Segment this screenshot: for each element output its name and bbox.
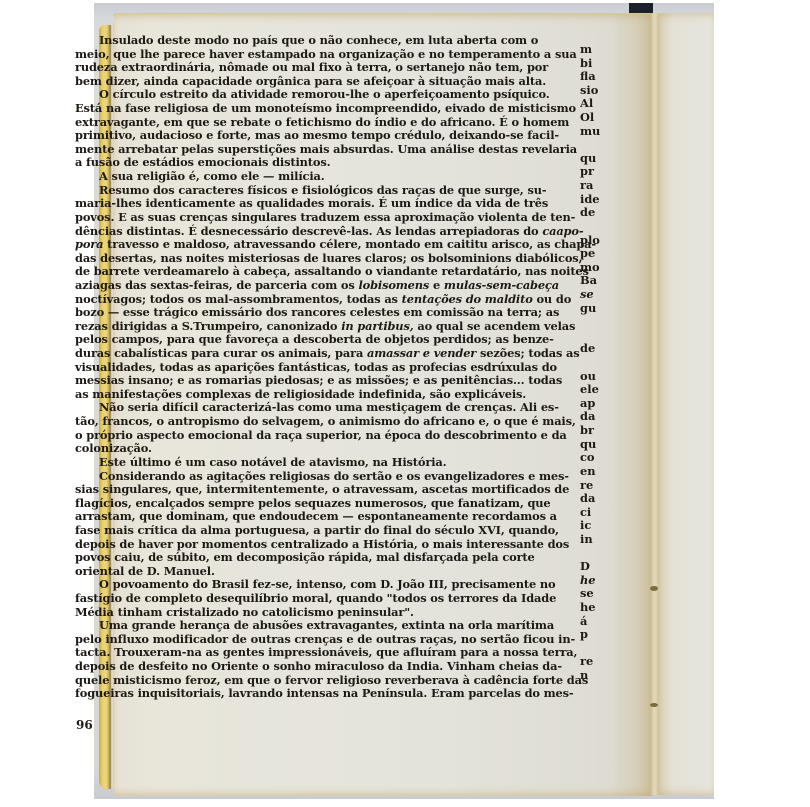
text-line: primitivo, audacioso e forte, mas ao mes… [75, 129, 531, 143]
page-number: 96 [76, 718, 93, 732]
text-line: Este último é um caso notável de atavism… [75, 456, 531, 470]
text-fragment: mo [580, 261, 620, 275]
text-line: depois de desfeito no Oriente o sonho mi… [75, 660, 531, 674]
text-line: povos. E as suas crenças singulares trad… [75, 211, 531, 225]
text-line: pelos campos, para que favoreça a descob… [75, 333, 531, 347]
text-fragment [580, 315, 620, 329]
text-line: rezas dirigidas a S.Trumpeiro, canonizad… [75, 320, 531, 334]
text-line: flagícios, encalçados sempre pelos sequa… [75, 497, 531, 511]
right-page-text-fragment: mbiflasioAlOlmu quprraidede plopemoBaseg… [580, 43, 620, 683]
text-line: tão, francos, o antropismo do selvagem, … [75, 415, 531, 429]
text-line: Uma grande herança de abusões extravagan… [75, 619, 531, 633]
text-fragment: Ba [580, 274, 620, 288]
text-line: dências distintas. É desnecessário descr… [75, 225, 531, 239]
text-line: fase mais crítica da alma portuguesa, a … [75, 524, 531, 538]
text-line: fogueiras inquisitoriais, lavrando inten… [75, 687, 531, 701]
text-fragment: sio [580, 84, 620, 98]
text-fragment: á [580, 615, 620, 629]
text-fragment: ap [580, 397, 620, 411]
paper-stain [650, 703, 658, 707]
text-fragment: ou [580, 370, 620, 384]
text-fragment [580, 138, 620, 152]
text-line: o próprio aspecto emocional da raça supe… [75, 429, 531, 443]
text-line: tacta. Trouxeram-na as gentes impression… [75, 646, 531, 660]
text-fragment: ci [580, 506, 620, 520]
text-fragment: n [580, 669, 620, 683]
text-fragment: ic [580, 519, 620, 533]
text-fragment: gu [580, 302, 620, 316]
text-fragment: se [580, 288, 620, 302]
text-fragment: ele [580, 383, 620, 397]
text-line: mente arrebatar pelas superstições mais … [75, 143, 531, 157]
text-fragment: de [580, 206, 620, 220]
text-line: bem dizer, ainda capacidade orgânica par… [75, 75, 531, 89]
text-line: pelo influxo modificador de outras crenç… [75, 633, 531, 647]
text-line: A sua religião é, como ele — milícia. [75, 170, 531, 184]
text-line: de barrete verdeamarelo à cabeça, assalt… [75, 265, 531, 279]
text-fragment: da [580, 410, 620, 424]
text-fragment: p [580, 628, 620, 642]
text-fragment: bi [580, 57, 620, 71]
text-line: rudeza extraordinária, nômade ou mal fix… [75, 61, 531, 75]
text-fragment [580, 329, 620, 343]
text-fragment: de [580, 342, 620, 356]
text-fragment: qu [580, 152, 620, 166]
text-fragment [580, 642, 620, 656]
text-line: Considerando as agitações religiosas do … [75, 470, 531, 484]
text-fragment: pr [580, 165, 620, 179]
text-line: noctívagos; todos os mal-assombramentos,… [75, 293, 531, 307]
text-line: Insulado deste modo no país que o não co… [75, 34, 531, 48]
right-page [659, 13, 714, 795]
text-fragment: fla [580, 70, 620, 84]
text-fragment: ide [580, 193, 620, 207]
text-line: O povoamento do Brasil fez-se, intenso, … [75, 578, 531, 592]
text-fragment: he [580, 601, 620, 615]
text-line: pora travesso e maldoso, atravessando cé… [75, 238, 531, 252]
text-fragment: ra [580, 179, 620, 193]
text-fragment: re [580, 655, 620, 669]
text-line: fastígio de completo desequilíbrio moral… [75, 592, 531, 606]
text-line: a fusão de estádios emocionais distintos… [75, 156, 531, 170]
text-fragment: Ol [580, 111, 620, 125]
left-page-body-text: Insulado deste modo no país que o não co… [75, 34, 531, 701]
text-line: meio, que lhe parece haver estampado na … [75, 48, 531, 62]
text-fragment: en [580, 465, 620, 479]
paper-stain [650, 586, 658, 591]
text-fragment: da [580, 492, 620, 506]
text-fragment [580, 547, 620, 561]
text-line: bozo — esse trágico emissário dos rancor… [75, 306, 531, 320]
text-line: Média tinham cristalizado no catolicismo… [75, 606, 531, 620]
text-line: messias insano; e as romarias piedosas; … [75, 374, 531, 388]
text-fragment: qu [580, 438, 620, 452]
text-line: colonização. [75, 442, 531, 456]
text-fragment: m [580, 43, 620, 57]
text-fragment [580, 220, 620, 234]
text-fragment: plo [580, 234, 620, 248]
text-line: visualidades, todas as aparições fantást… [75, 361, 531, 375]
text-line: Não seria difícil caracterizá-las como u… [75, 401, 531, 415]
text-fragment: re [580, 479, 620, 493]
text-line: aziagas das sextas-feiras, de parceria c… [75, 279, 531, 293]
text-line: depois de haver por momentos centralizad… [75, 538, 531, 552]
text-fragment [580, 356, 620, 370]
text-line: as manifestações complexas de religiosid… [75, 388, 531, 402]
text-line: arrastam, que dominam, que endoudecem — … [75, 510, 531, 524]
text-line: das desertas, nas noites misteriosas de … [75, 252, 531, 266]
text-line: duras cabalísticas para curar os animais… [75, 347, 531, 361]
text-line: quele misticismo feroz, em que o fervor … [75, 674, 531, 688]
text-fragment: Al [580, 97, 620, 111]
text-line: povos caiu, de súbito, em decomposição r… [75, 551, 531, 565]
text-fragment: in [580, 533, 620, 547]
text-fragment: mu [580, 125, 620, 139]
text-line: oriental de D. Manuel. [75, 565, 531, 579]
text-line: Está na fase religiosa de um monoteísmo … [75, 102, 531, 116]
text-fragment: co [580, 451, 620, 465]
text-fragment: br [580, 424, 620, 438]
text-line: extravagante, em que se rebate o fetichi… [75, 116, 531, 130]
text-line: maria-lhes identicamente as qualidades m… [75, 197, 531, 211]
text-fragment: he [580, 574, 620, 588]
text-line: sias singulares, que, intermitentemente,… [75, 483, 531, 497]
text-fragment: pe [580, 247, 620, 261]
text-fragment: se [580, 587, 620, 601]
text-line: O círculo estreito da atividade remorou-… [75, 88, 531, 102]
text-line: Resumo dos caracteres físicos e fisiológ… [75, 184, 531, 198]
text-fragment: D [580, 560, 620, 574]
